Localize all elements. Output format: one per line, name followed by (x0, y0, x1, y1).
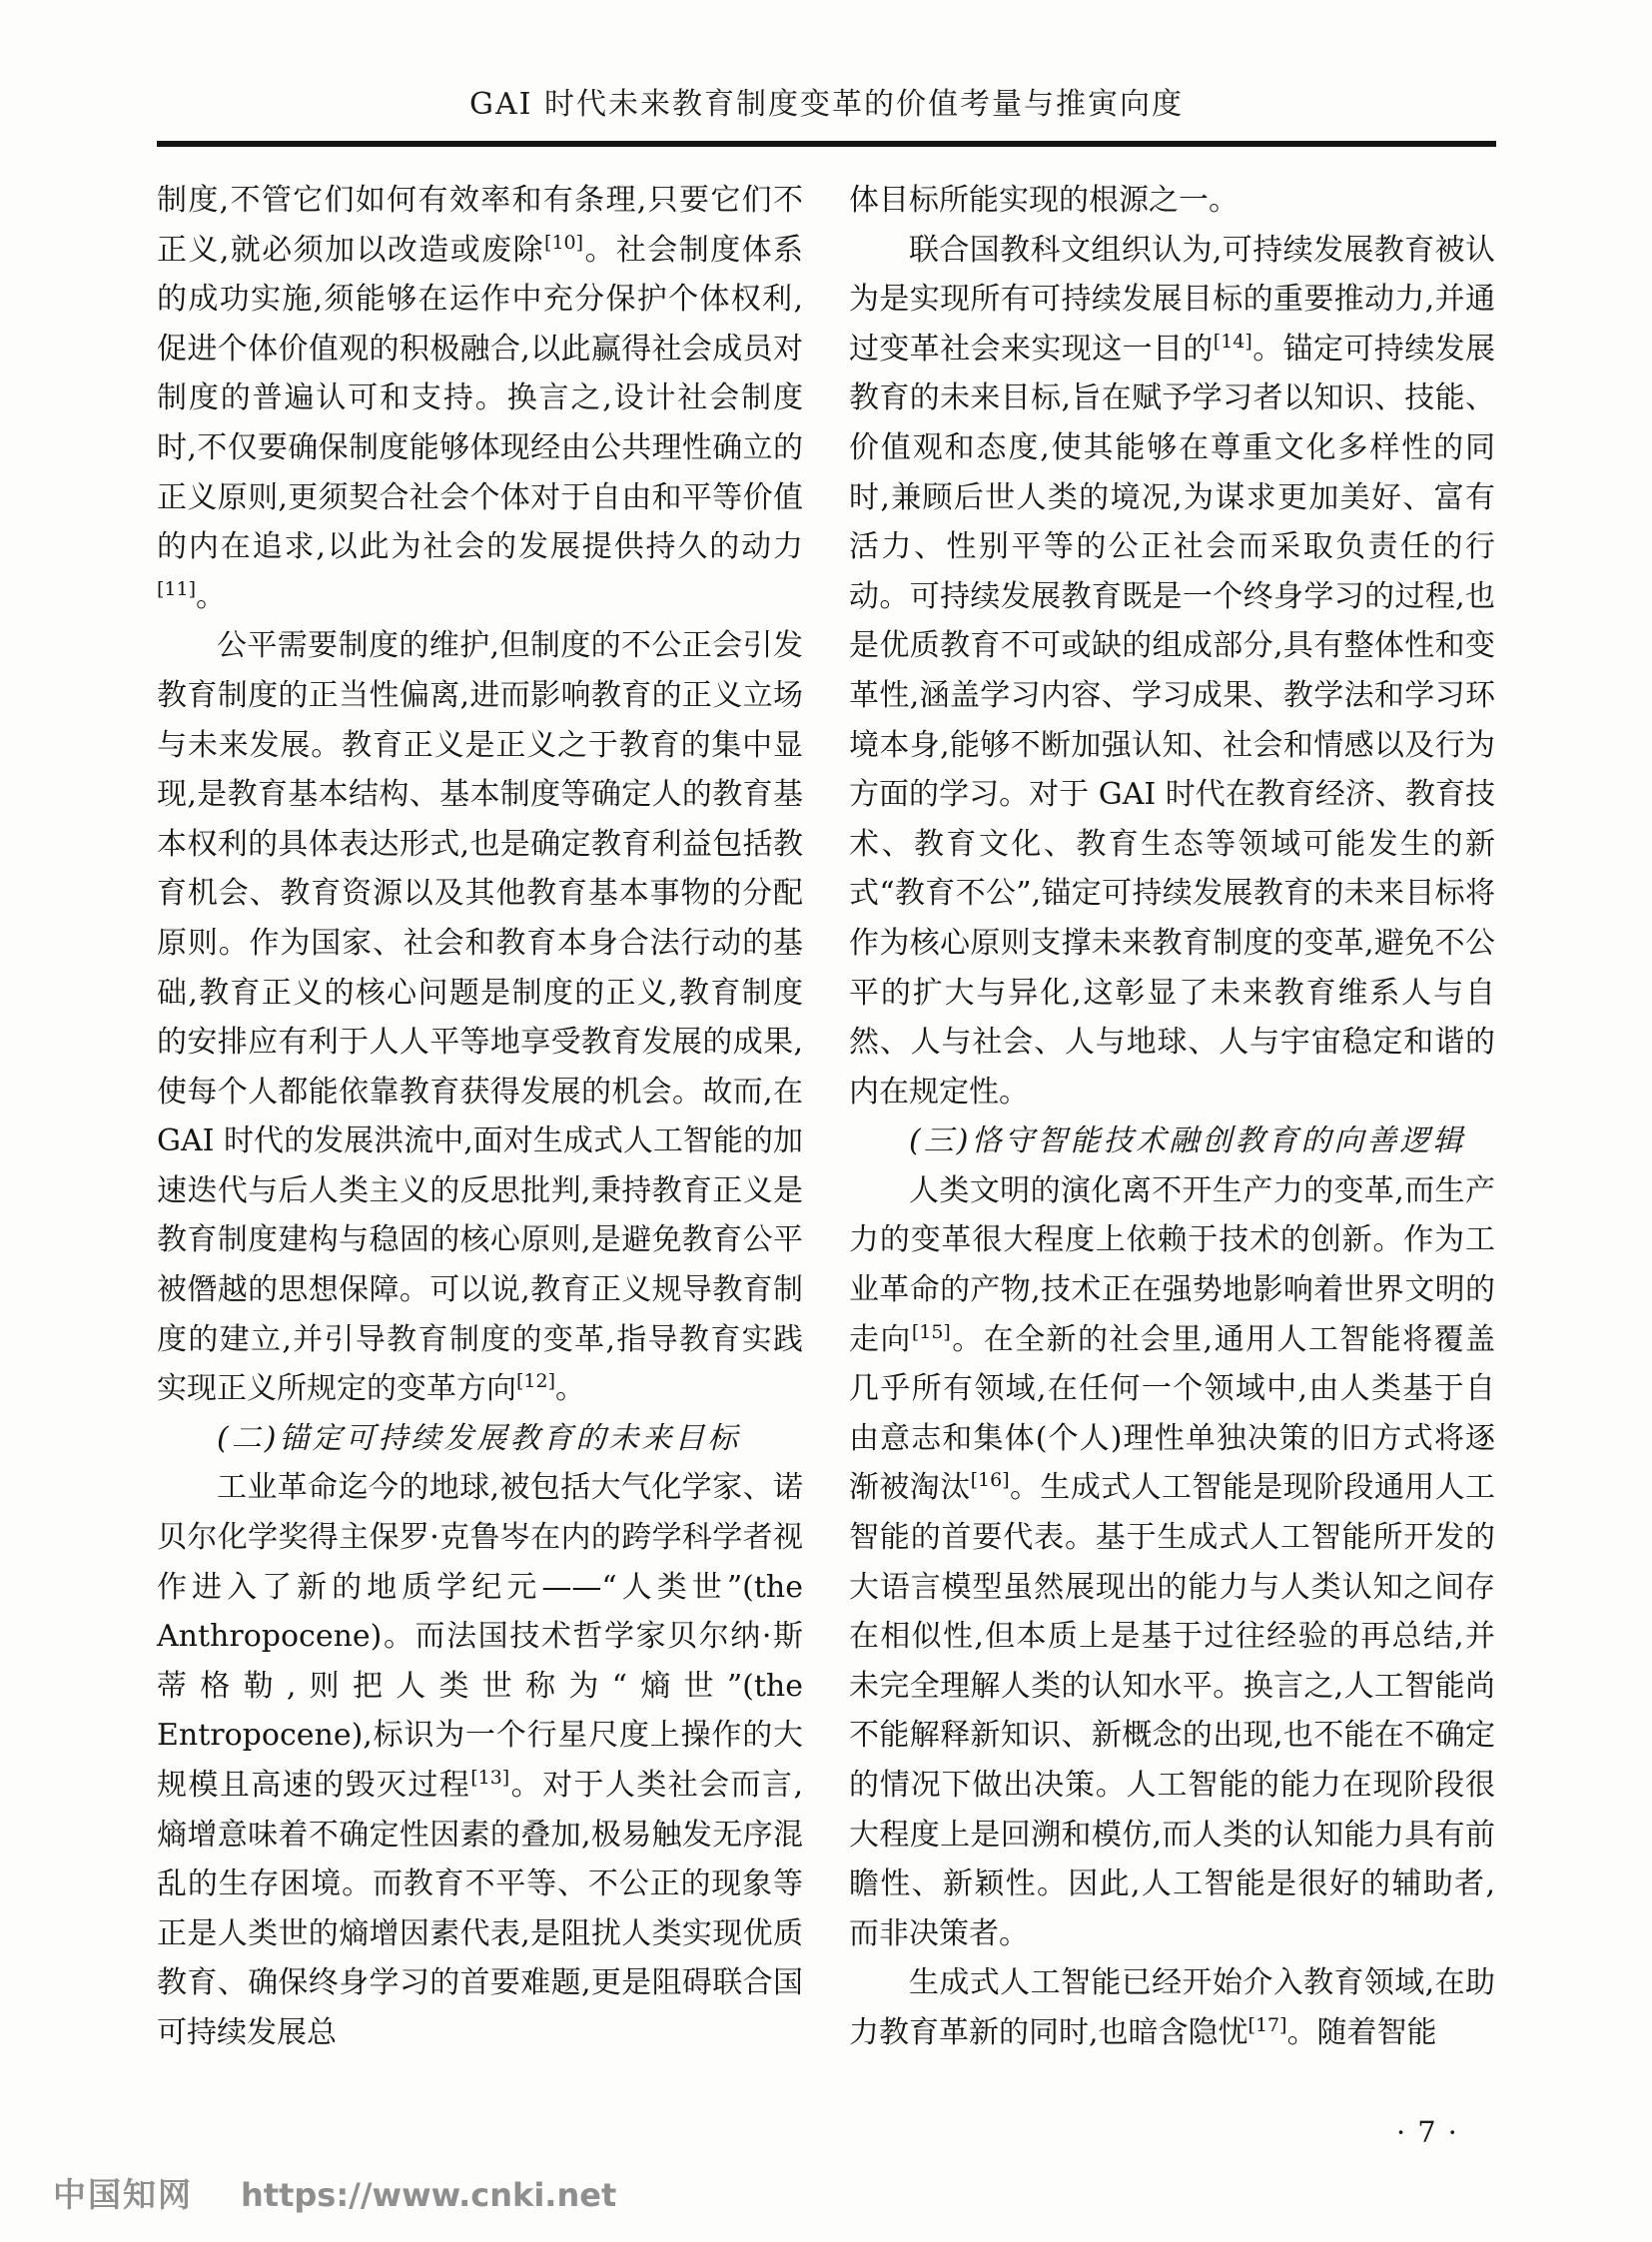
reference-superscript: [13] (470, 1767, 509, 1789)
paragraph: 生成式人工智能已经开始介入教育领域,在助力教育革新的同时,也暗含隐忧[17]。随… (849, 1958, 1495, 2057)
paragraph: 人类文明的演化离不开生产力的变革,而生产力的变革很大程度上依赖于技术的创新。作为… (849, 1166, 1495, 1959)
section-heading: (二)锚定可持续发展教育的未来目标 (157, 1414, 803, 1464)
running-head-title: GAI 时代未来教育制度变革的价值考量与推寅向度 (157, 86, 1496, 124)
cnki-url: https://www.cnki.net (241, 2176, 616, 2214)
column-right: 体目标所能实现的根源之一。联合国教科文组织认为,可持续发展教育被认为是实现所有可… (849, 176, 1495, 2058)
watermark: 中国知网https://www.cnki.net (53, 2169, 616, 2216)
reference-superscript: [14] (1214, 331, 1252, 353)
paragraph: 联合国教科文组织认为,可持续发展教育被认为是实现所有可持续发展目标的重要推动力,… (849, 226, 1495, 1118)
cnki-logo-text: 中国知网 (53, 2175, 193, 2214)
article-body: 制度,不管它们如何有效率和有条理,只要它们不正义,就必须加以改造或废除[10]。… (157, 176, 1496, 2058)
reference-superscript: [15] (912, 1321, 951, 1343)
paragraph: 制度,不管它们如何有效率和有条理,只要它们不正义,就必须加以改造或废除[10]。… (157, 176, 803, 621)
paragraph: 公平需要制度的维护,但制度的不公正会引发教育制度的正当性偏离,进而影响教育的正义… (157, 621, 803, 1414)
reference-superscript: [11] (157, 578, 196, 600)
reference-superscript: [10] (544, 232, 583, 254)
column-left: 制度,不管它们如何有效率和有条理,只要它们不正义,就必须加以改造或废除[10]。… (157, 176, 803, 2058)
reference-superscript: [12] (516, 1370, 555, 1392)
section-heading: (三)恪守智能技术融创教育的向善逻辑 (849, 1117, 1495, 1166)
page-number: ·7· (1396, 2115, 1469, 2149)
paragraph: 体目标所能实现的根源之一。 (849, 176, 1495, 226)
reference-superscript: [16] (971, 1469, 1010, 1491)
paragraph: 工业革命迄今的地球,被包括大气化学家、诺贝尔化学奖得主保罗·克鲁岑在内的跨学科学… (157, 1463, 803, 2057)
scanned-paper-page: GAI 时代未来教育制度变革的价值考量与推寅向度 制度,不管它们如何有效率和有条… (0, 0, 1652, 2242)
header-rule (157, 141, 1496, 147)
reference-superscript: [17] (1248, 2014, 1287, 2036)
